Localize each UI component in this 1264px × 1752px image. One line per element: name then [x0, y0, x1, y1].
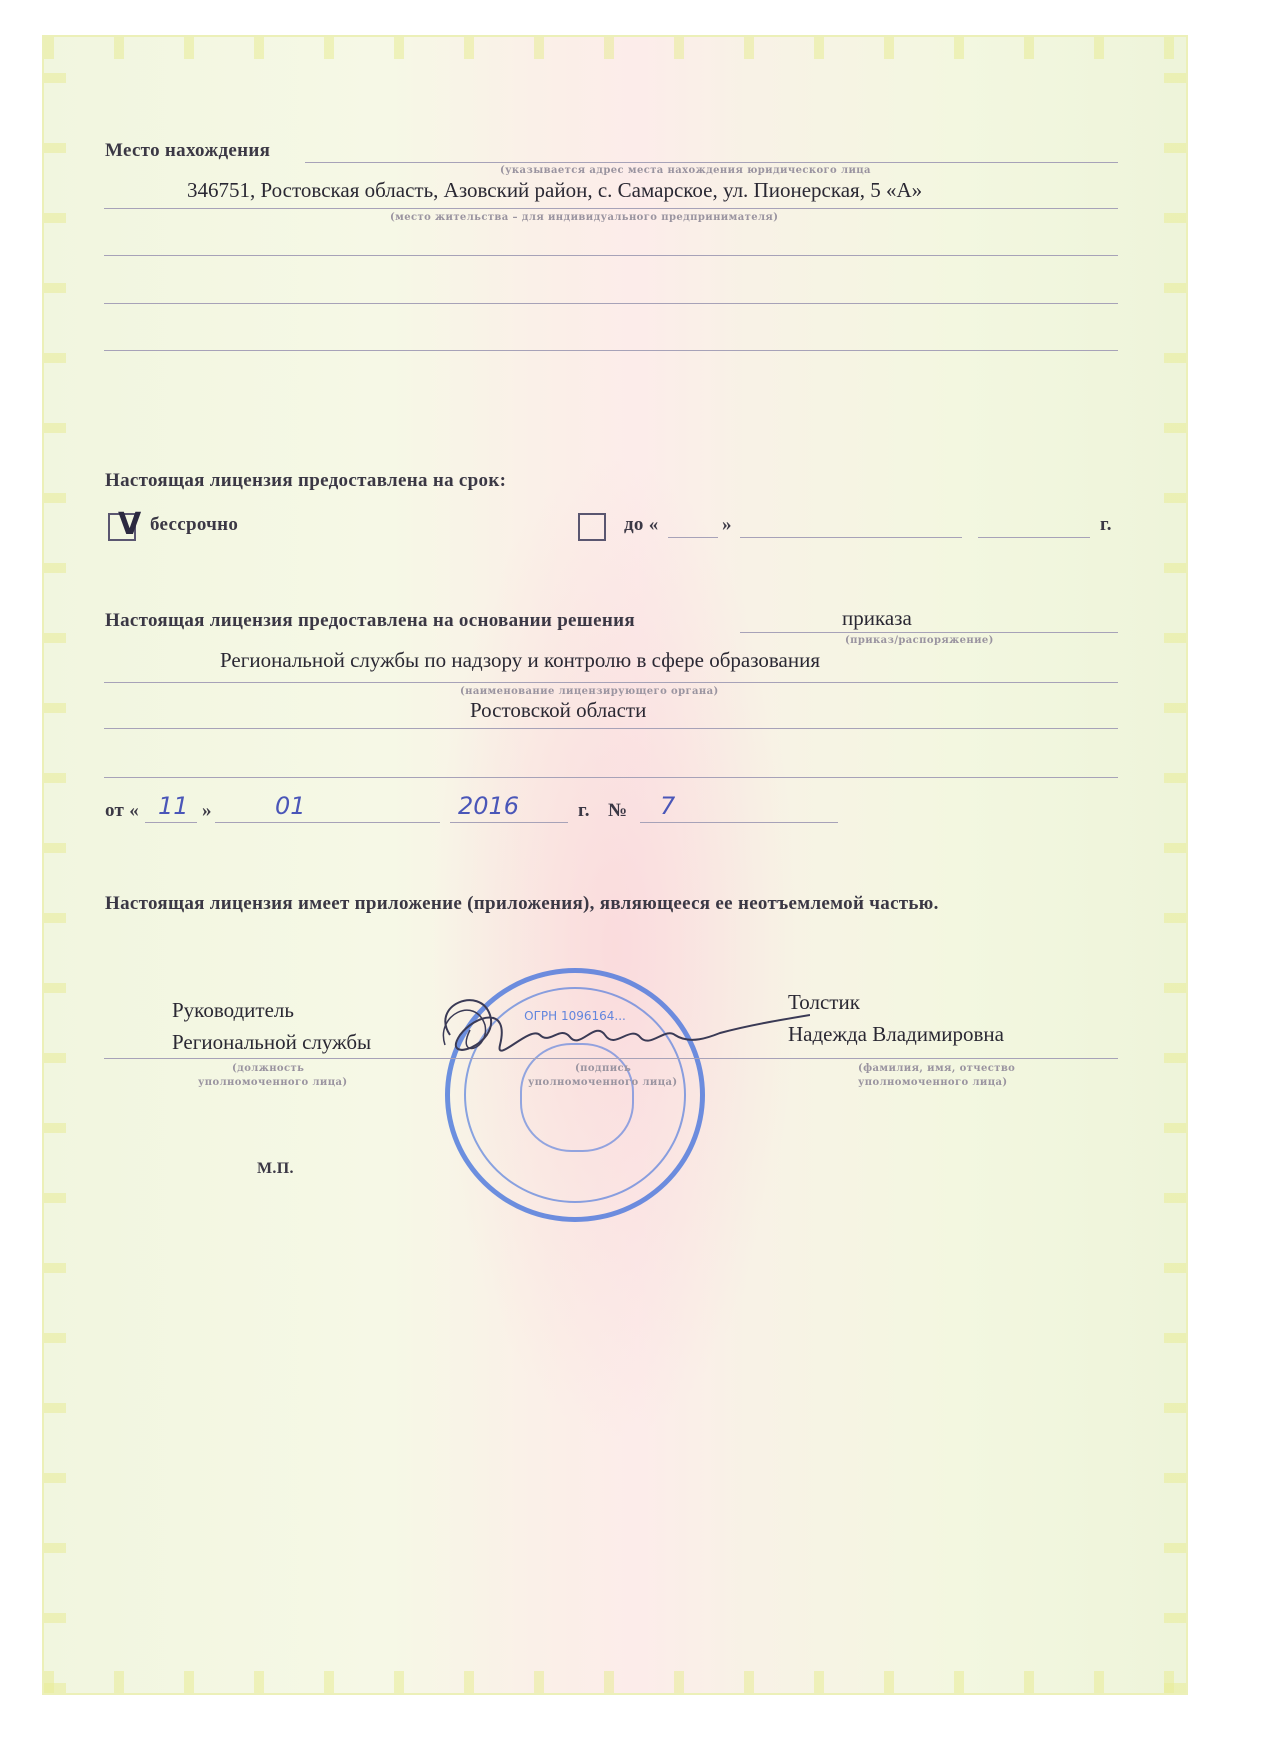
blank-line-3	[104, 350, 1118, 351]
caption-position-1: (должность	[232, 1063, 304, 1074]
until-day-line	[668, 537, 718, 538]
blank-line-4	[104, 777, 1118, 778]
number-label: №	[608, 800, 627, 822]
option-indefinite-label: бессрочно	[150, 514, 238, 536]
date-day: 11	[158, 792, 189, 820]
checkbox-indefinite[interactable]: V	[108, 513, 136, 541]
order-number-line	[640, 822, 838, 823]
date-day-close: »	[202, 800, 212, 822]
caption-individual: (место жительства – для индивидуального …	[390, 212, 778, 223]
decision-type-value: приказа	[842, 606, 912, 631]
signatory-given-names: Надежда Владимировна	[788, 1022, 1004, 1047]
position-line-1: Руководитель	[172, 998, 294, 1023]
seal-placeholder: М.П.	[257, 1160, 294, 1178]
date-year-line	[450, 822, 568, 823]
caption-authority: (наименование лицензирующего органа)	[460, 686, 719, 697]
location-label: Место нахождения	[105, 140, 270, 162]
basis-heading: Настоящая лицензия предоставлена на осно…	[105, 610, 635, 632]
authority-line-2: Ростовской области	[470, 698, 646, 723]
blank-line-2	[104, 303, 1118, 304]
appendix-note: Настоящая лицензия имеет приложение (при…	[105, 893, 939, 915]
until-prefix: до «	[624, 514, 659, 536]
until-month-line	[740, 537, 962, 538]
authority-underline-2	[104, 728, 1118, 729]
date-month: 01	[275, 792, 306, 820]
caption-decision-type: (приказ/распоряжение)	[845, 635, 994, 646]
decision-type-line	[740, 632, 1118, 633]
until-year-line	[978, 537, 1090, 538]
until-suffix: г.	[1100, 514, 1112, 536]
caption-position-2: уполномоченного лица)	[198, 1077, 348, 1088]
date-day-line	[145, 822, 197, 823]
date-month-line	[215, 822, 440, 823]
caption-name-1: (фамилия, имя, отчество	[858, 1063, 1015, 1074]
until-mid: »	[722, 514, 732, 536]
handwritten-signature	[420, 975, 810, 1085]
order-number: 7	[660, 792, 675, 820]
signatory-surname: Толстик	[788, 990, 860, 1015]
term-heading: Настоящая лицензия предоставлена на срок…	[105, 470, 506, 492]
position-line-2: Региональной службы	[172, 1030, 371, 1055]
address-value: 346751, Ростовская область, Азовский рай…	[187, 178, 922, 203]
caption-name-2: уполномоченного лица)	[858, 1077, 1008, 1088]
address-line	[104, 208, 1118, 209]
location-line	[305, 162, 1118, 163]
guilloche-border	[44, 37, 1186, 1693]
blank-line-1	[104, 255, 1118, 256]
date-year: 2016	[458, 792, 519, 820]
caption-legal-entity: (указывается адрес места нахождения юрид…	[500, 165, 871, 176]
date-year-suffix: г.	[578, 800, 590, 822]
authority-line-1: Региональной службы по надзору и контрол…	[220, 648, 820, 673]
authority-underline-1	[104, 682, 1118, 683]
license-page	[42, 35, 1188, 1695]
date-prefix: от «	[105, 800, 139, 822]
checkbox-until[interactable]	[578, 513, 606, 541]
check-mark-icon: V	[118, 507, 141, 542]
